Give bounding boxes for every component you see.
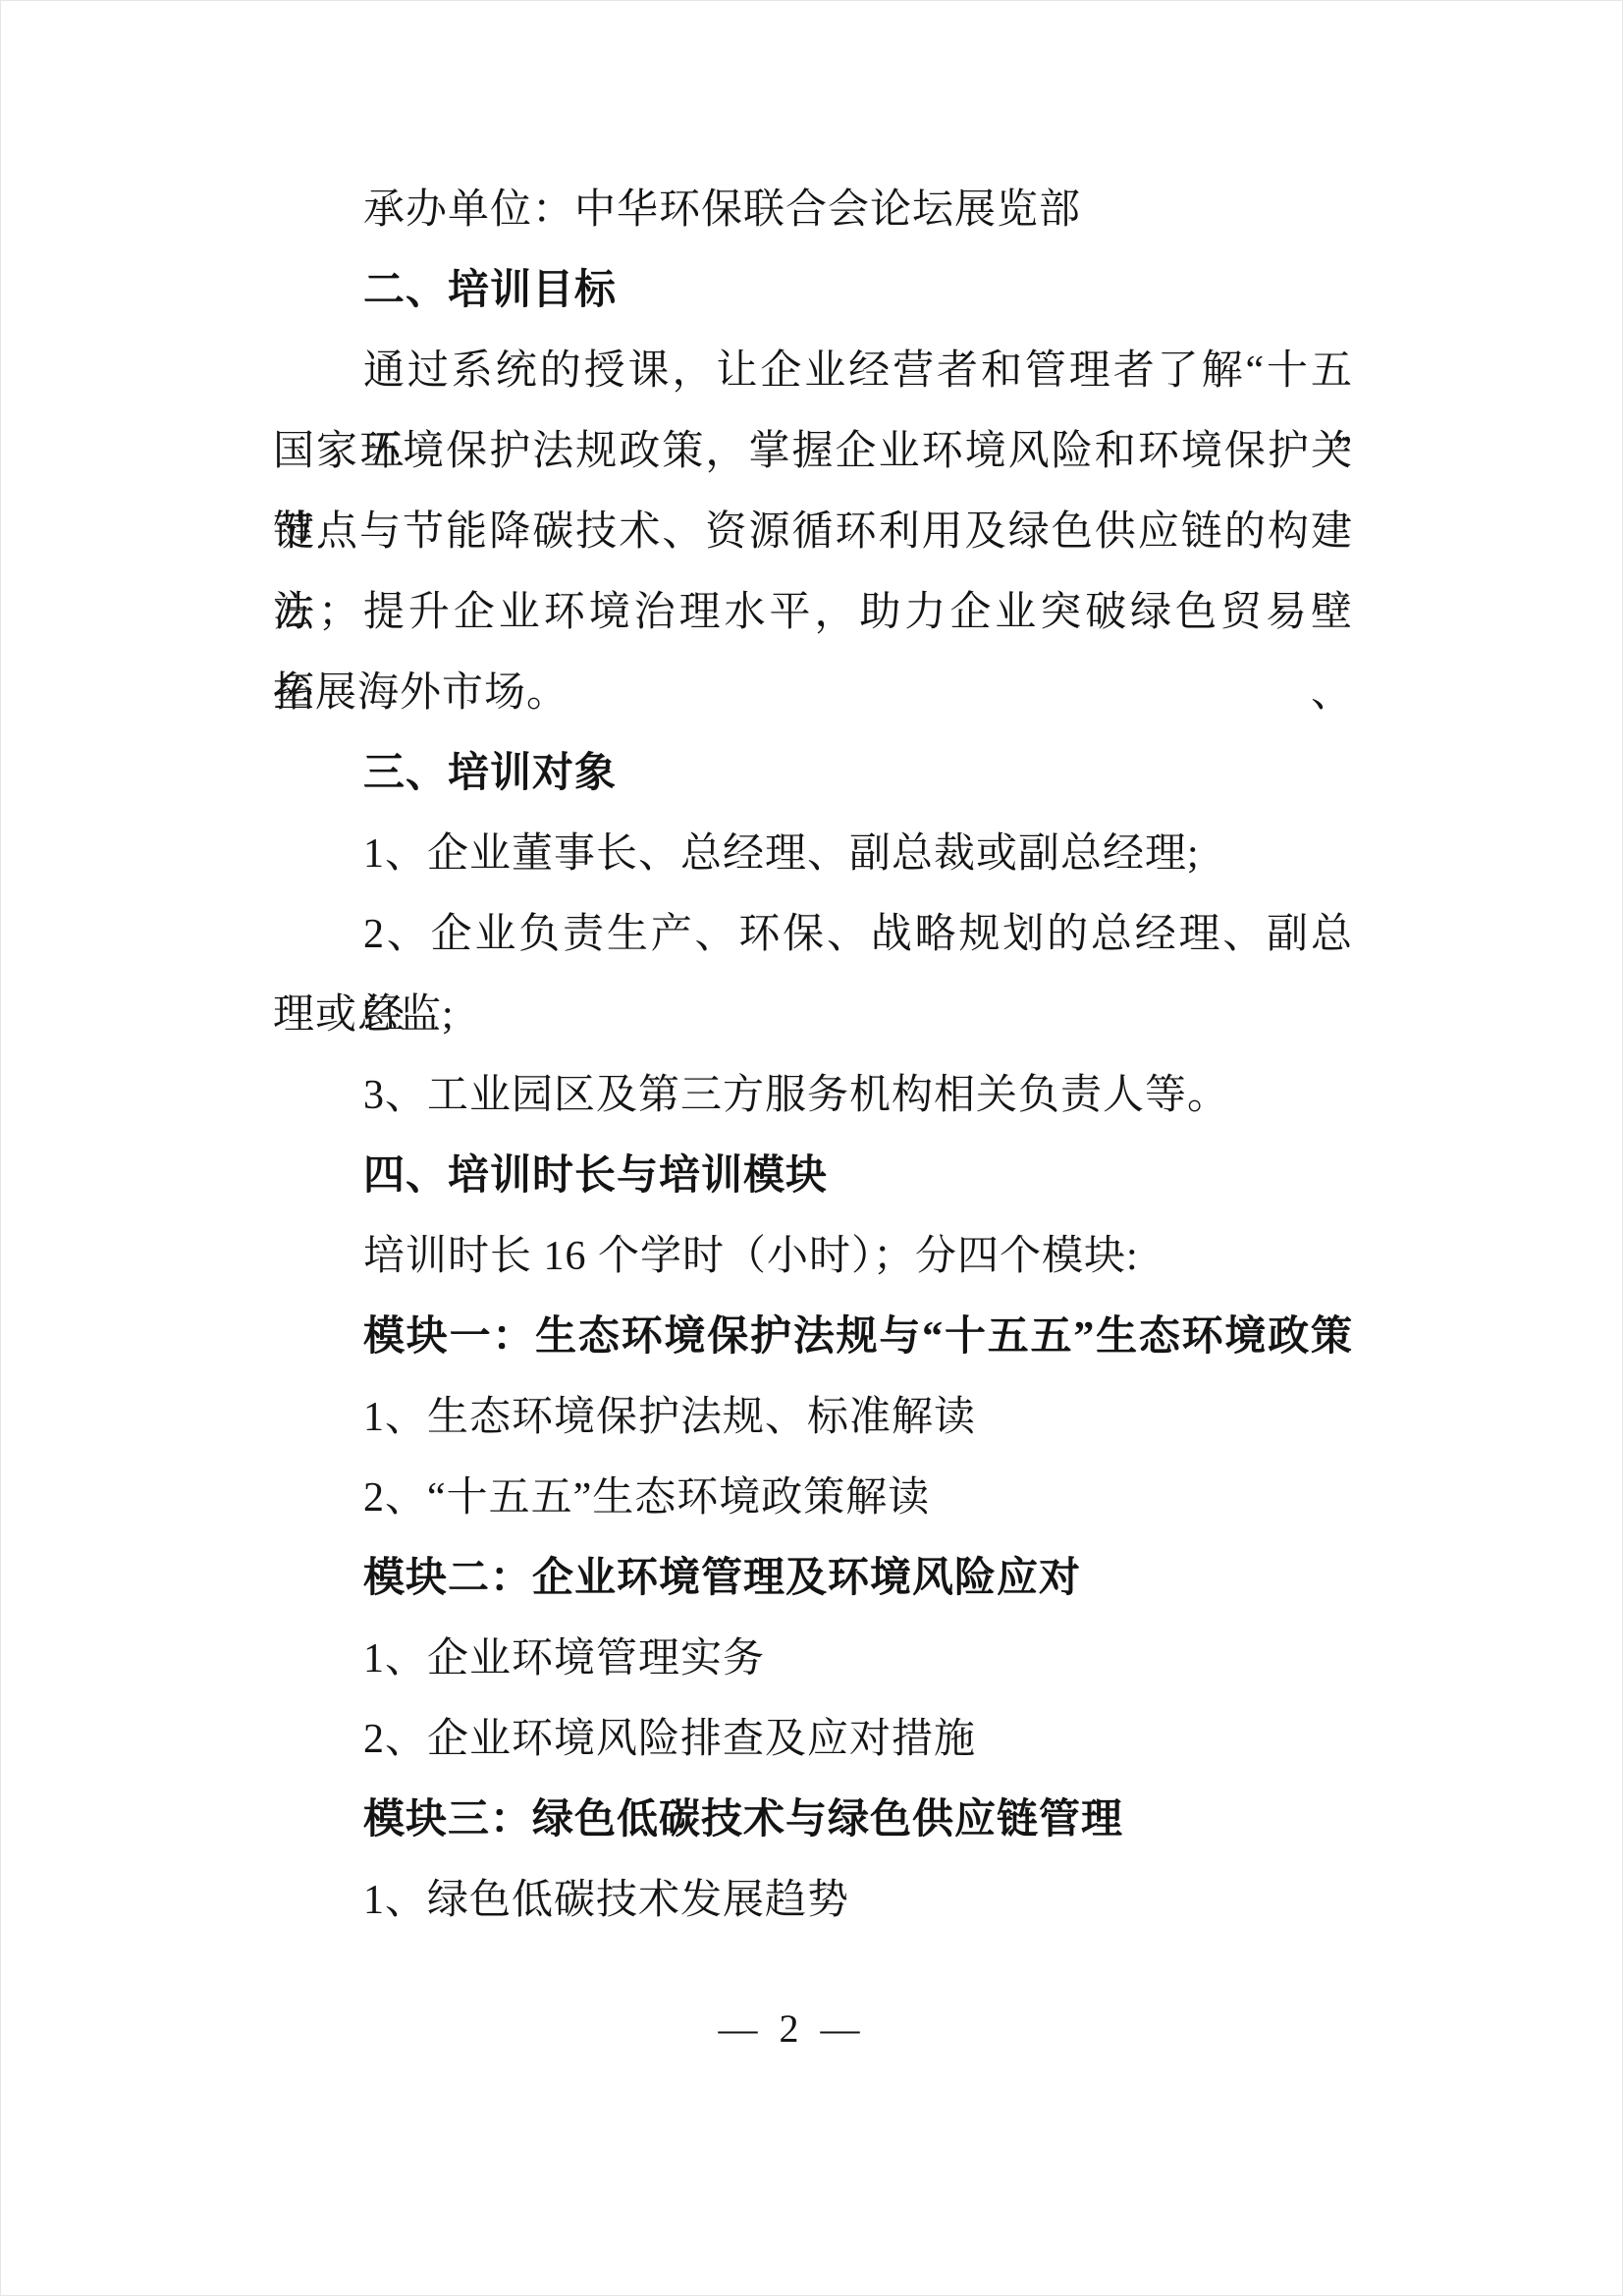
text-line: 二、培训目标 xyxy=(273,250,1353,331)
text-lines: 承办单位：中华环保联合会论坛展览部二、培训目标通过系统的授课，让企业经营者和管理… xyxy=(273,170,1353,1941)
text-line: 法；提升企业环境治理水平，助力企业突破绿色贸易壁垒、 xyxy=(273,572,1353,653)
text-line: 四、培训时长与培训模块 xyxy=(273,1136,1353,1216)
text-line: 1、企业环境管理实务 xyxy=(273,1619,1353,1699)
text-line: 模块二：企业环境管理及环境风险应对 xyxy=(273,1538,1353,1619)
text-line: 1、生态环境保护法规、标准解读 xyxy=(273,1377,1353,1458)
text-line: 模块三：绿色低碳技术与绿色供应链管理 xyxy=(273,1780,1353,1860)
text-line: 承办单位：中华环保联合会论坛展览部 xyxy=(273,170,1353,250)
text-line: 3、工业园区及第三方服务机构相关负责人等。 xyxy=(273,1055,1353,1136)
text-line: 理或总监; xyxy=(273,975,1353,1055)
document-page: 承办单位：中华环保联合会论坛展览部二、培训目标通过系统的授课，让企业经营者和管理… xyxy=(0,0,1623,2296)
text-line: 模块一：生态环境保护法规与“十五五”生态环境政策 xyxy=(273,1297,1353,1377)
text-line: 国家环境保护法规政策，掌握企业环境风险和环境保护关键 xyxy=(273,411,1353,492)
page-number: — 2 — xyxy=(1,2002,1583,2056)
text-line: 1、绿色低碳技术发展趋势 xyxy=(273,1860,1353,1941)
text-line: 培训时长 16 个学时（小时）；分四个模块: xyxy=(273,1216,1353,1297)
text-line: 2、“十五五”生态环境政策解读 xyxy=(273,1458,1353,1538)
text-line: 通过系统的授课，让企业经营者和管理者了解“十五五” xyxy=(273,331,1353,411)
text-line: 1、企业董事长、总经理、副总裁或副总经理; xyxy=(273,814,1353,894)
text-line: 节点与节能降碳技术、资源循环利用及绿色供应链的构建方 xyxy=(273,492,1353,572)
text-line: 三、培训对象 xyxy=(273,733,1353,814)
text-line: 2、企业负责生产、环保、战略规划的总经理、副总经 xyxy=(273,894,1353,975)
text-line: 2、企业环境风险排查及应对措施 xyxy=(273,1699,1353,1780)
